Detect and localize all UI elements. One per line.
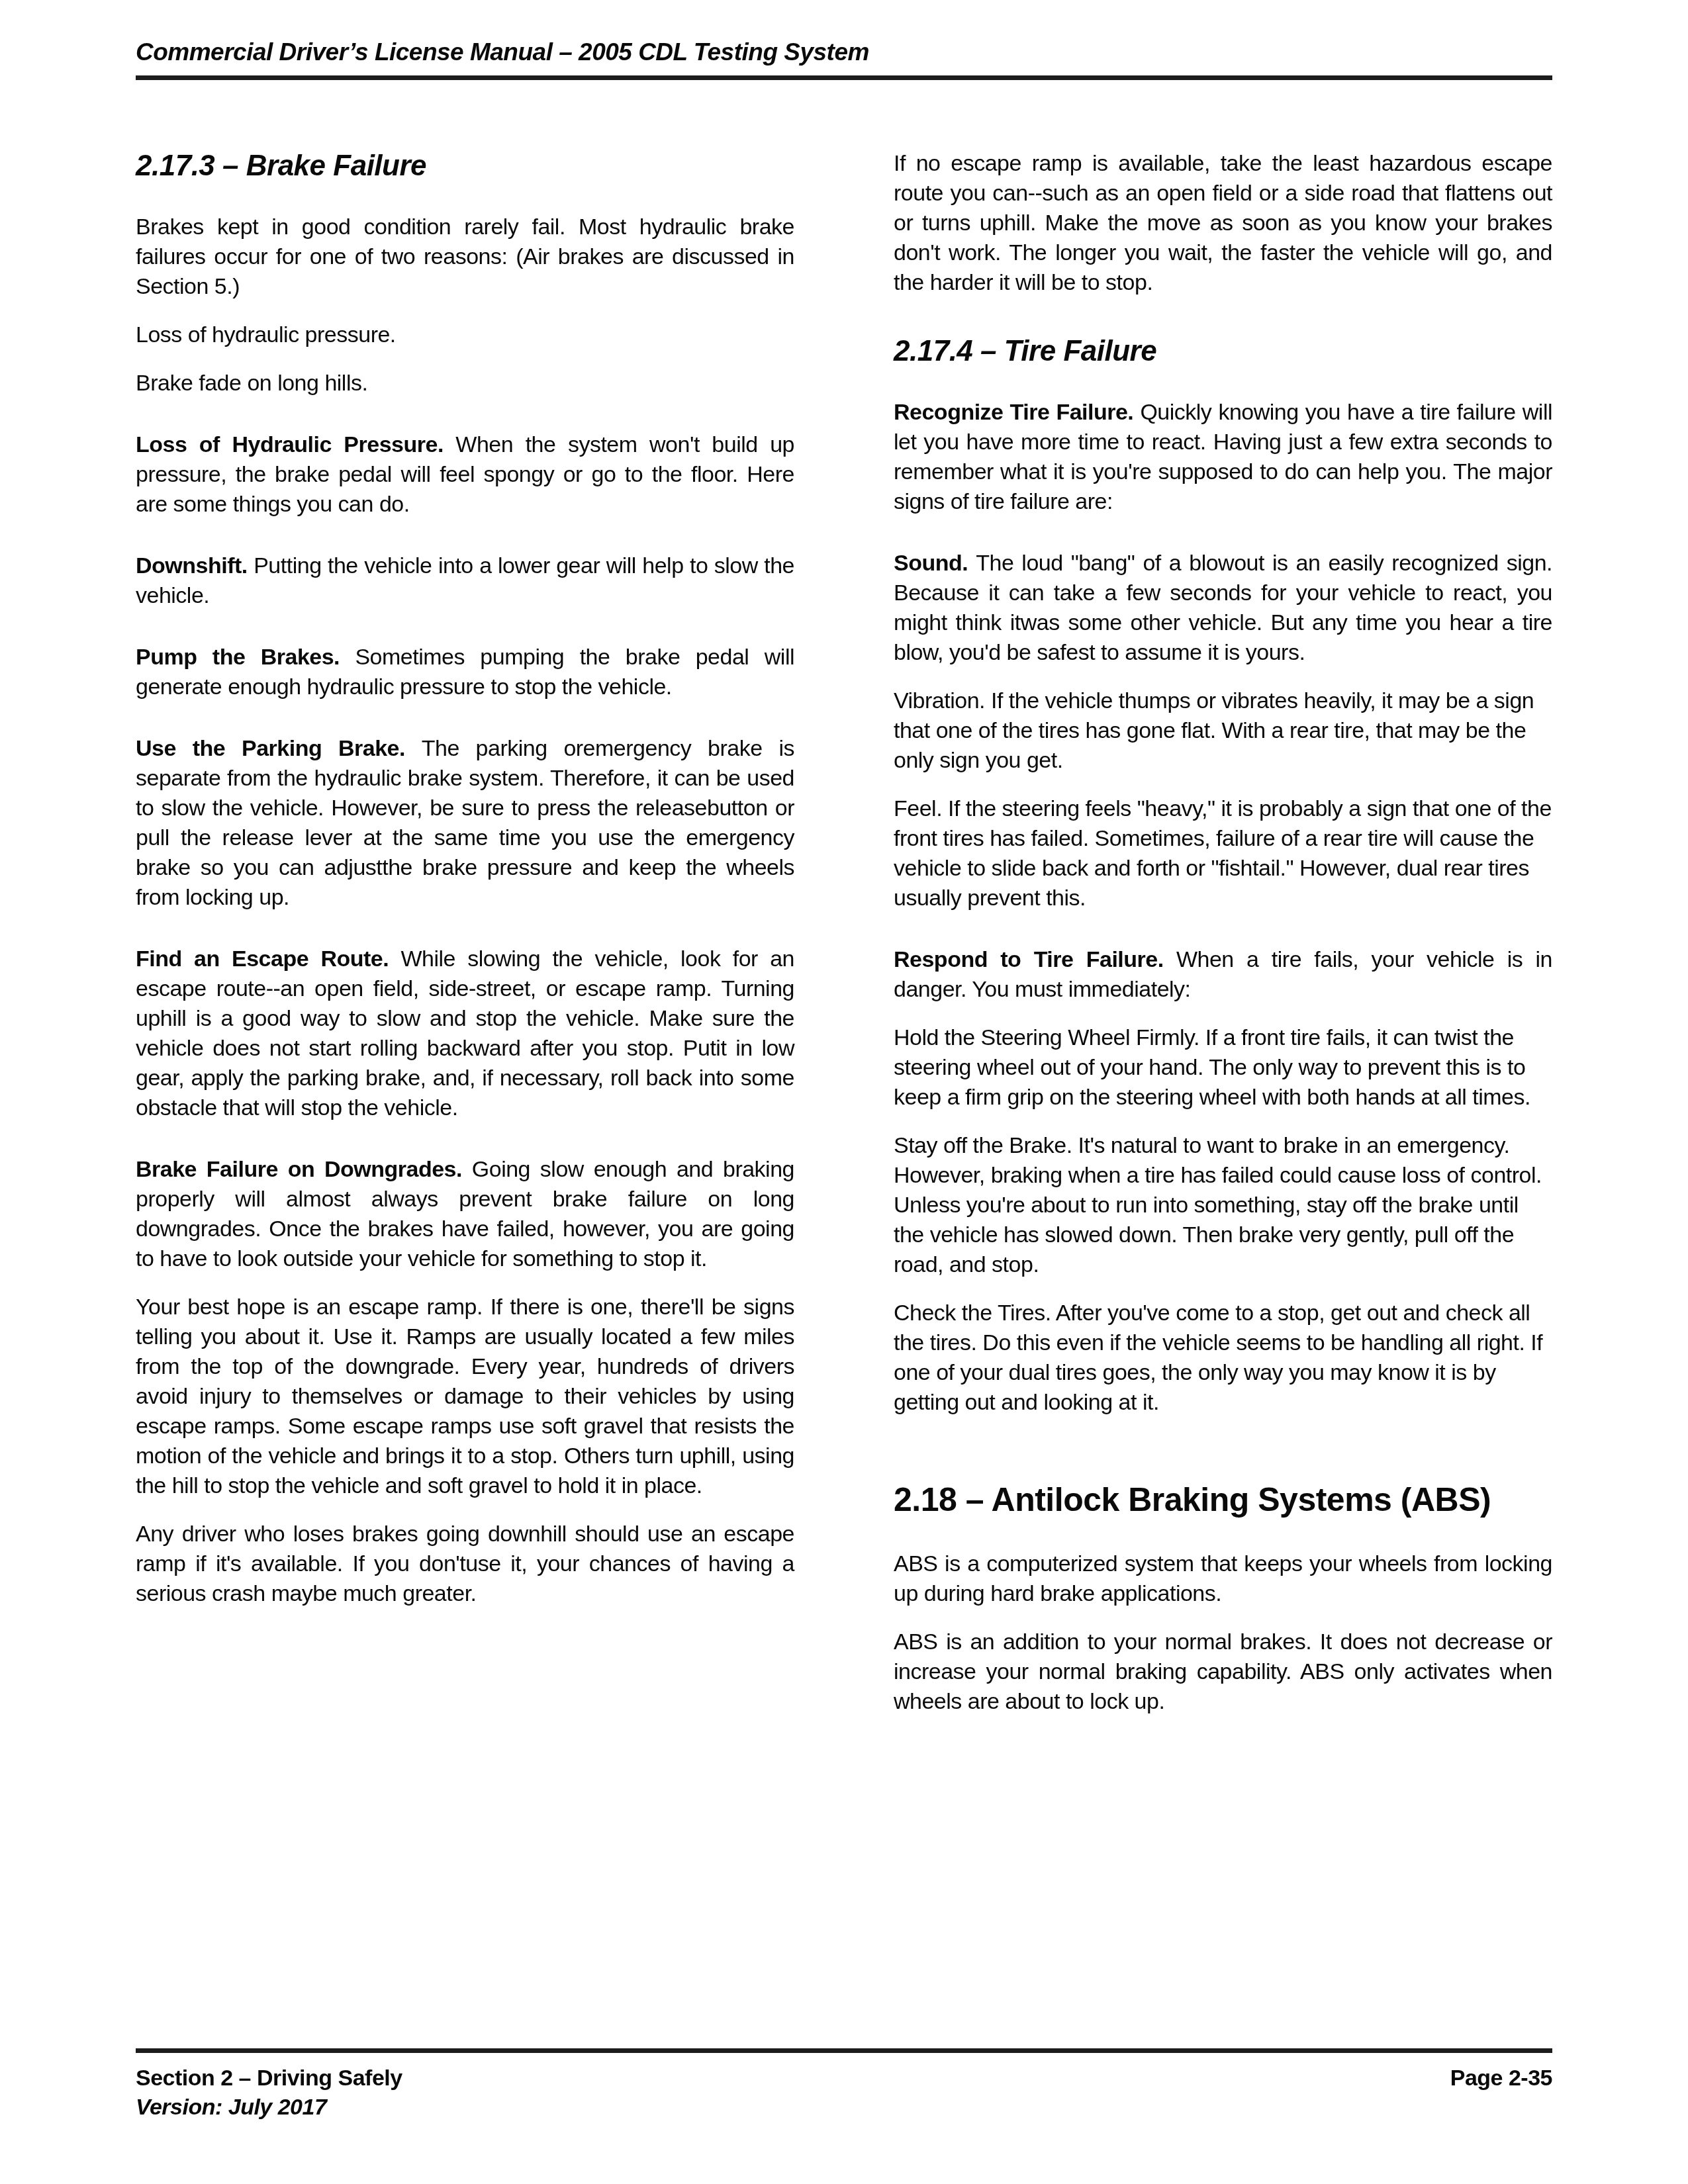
paragraph: Any driver who loses brakes going downhi… (136, 1520, 794, 1609)
paragraph: Loss of hydraulic pressure. (136, 320, 794, 350)
paragraph: Loss of Hydraulic Pressure. When the sys… (136, 430, 794, 520)
paragraph-lead: Loss of Hydraulic Pressure. (136, 432, 455, 457)
paragraph: Downshift. Putting the vehicle into a lo… (136, 551, 794, 611)
section-heading: 2.18 – Antilock Braking Systems (ABS) (894, 1480, 1552, 1519)
paragraph: Recognize Tire Failure. Quickly knowing … (894, 398, 1552, 517)
section-heading: 2.17.4 – Tire Failure (894, 334, 1552, 369)
paragraph-lead: Use the Parking Brake. (136, 736, 422, 761)
footer-page-number: Page 2-35 (1450, 2064, 1552, 2093)
section-heading: 2.17.3 – Brake Failure (136, 149, 794, 183)
paragraph-lead: Find an Escape Route. (136, 946, 400, 972)
paragraph: Find an Escape Route. While slowing the … (136, 944, 794, 1123)
paragraph-lead: Sound. (894, 551, 976, 576)
paragraph: Hold the Steering Wheel Firmly. If a fro… (894, 1023, 1552, 1113)
paragraph-lead: Recognize Tire Failure. (894, 400, 1140, 425)
paragraph: If no escape ramp is available, take the… (894, 149, 1552, 298)
paragraph: Feel. If the steering feels "heavy," it … (894, 794, 1552, 913)
paragraph: Pump the Brakes. Sometimes pumping the b… (136, 643, 794, 702)
paragraph: Respond to Tire Failure. When a tire fai… (894, 945, 1552, 1005)
footer-section-label: Section 2 – Driving Safely (136, 2064, 402, 2093)
left-column: 2.17.3 – Brake FailureBrakes kept in goo… (136, 149, 794, 1735)
paragraph: Brakes kept in good condition rarely fai… (136, 212, 794, 302)
footer-version-label: Version: July 2017 (136, 2093, 1552, 2122)
paragraph-lead: Downshift. (136, 553, 254, 578)
paragraph: Brake Failure on Downgrades. Going slow … (136, 1155, 794, 1274)
page-header: Commercial Driver’s License Manual – 200… (136, 38, 1552, 80)
paragraph: Sound. The loud "bang" of a blowout is a… (894, 549, 1552, 668)
paragraph: Check the Tires. After you've come to a … (894, 1298, 1552, 1418)
manual-page: Commercial Driver’s License Manual – 200… (0, 0, 1688, 2184)
paragraph: Stay off the Brake. It's natural to want… (894, 1131, 1552, 1280)
page-header-title: Commercial Driver’s License Manual – 200… (136, 38, 1552, 66)
paragraph: ABS is a computerized system that keeps … (894, 1549, 1552, 1609)
paragraph-lead: Brake Failure on Downgrades. (136, 1157, 472, 1182)
header-rule (136, 75, 1552, 80)
paragraph-lead: Respond to Tire Failure. (894, 947, 1176, 972)
paragraph: Use the Parking Brake. The parking oreme… (136, 734, 794, 913)
footer-line: Section 2 – Driving Safely Page 2-35 (136, 2064, 1552, 2093)
page-content: 2.17.3 – Brake FailureBrakes kept in goo… (136, 149, 1552, 1735)
paragraph-lead: Pump the Brakes. (136, 645, 355, 670)
paragraph: ABS is an addition to your normal brakes… (894, 1627, 1552, 1717)
page-footer: Section 2 – Driving Safely Page 2-35 Ver… (136, 2048, 1552, 2122)
footer-rule (136, 2048, 1552, 2053)
paragraph: Brake fade on long hills. (136, 369, 794, 398)
right-column: If no escape ramp is available, take the… (894, 149, 1552, 1735)
paragraph: Your best hope is an escape ramp. If the… (136, 1293, 794, 1501)
paragraph: Vibration. If the vehicle thumps or vibr… (894, 686, 1552, 776)
